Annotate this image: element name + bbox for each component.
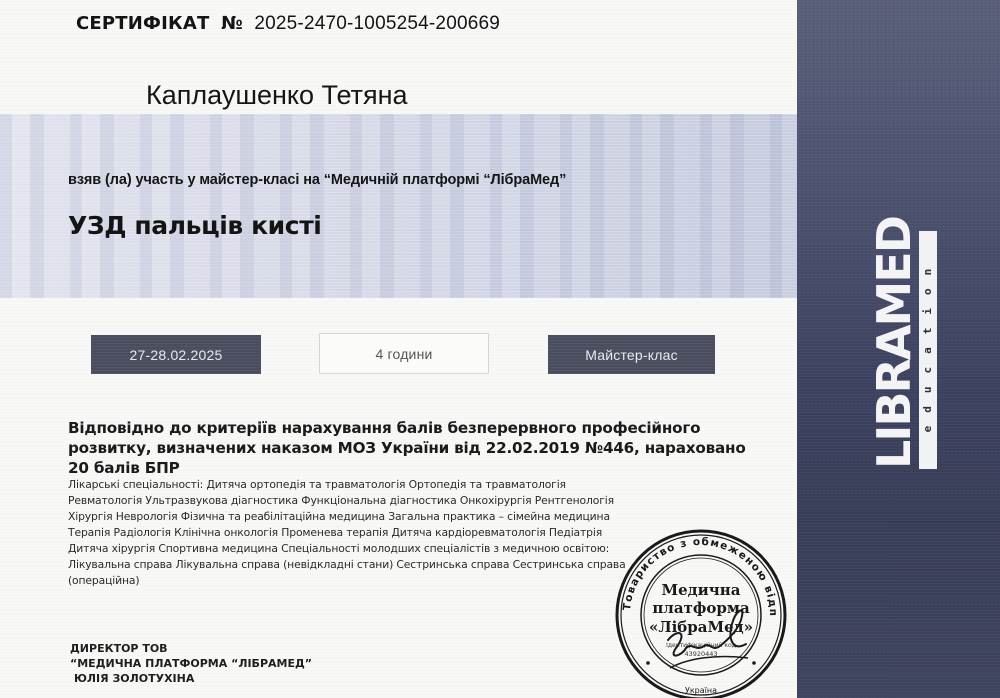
signatory-company: “МЕДИЧНА ПЛАТФОРМА “ЛІБРАМЕД” [70,656,312,671]
event-type: Майстер-клас [585,347,678,363]
type-box: Майстер-клас [548,335,715,374]
bpr-statement: Відповідно до критеріїв нарахування балі… [68,418,748,478]
certificate-number: 2025-2470-1005254-200669 [254,13,500,34]
number-sign: № [221,13,243,34]
brand-name: LIBRAMED [871,231,917,469]
recipient-name: Каплаушенко Тетяна [146,80,408,111]
decorative-band [0,114,797,298]
certificate-label: СЕРТИФІКАТ [76,13,210,34]
certificate-page: СЕРТИФІКАТ № 2025-2470-1005254-200669 Ка… [0,0,1000,698]
course-title: УЗД пальців кисті [68,211,321,240]
svg-text:Україна: Україна [685,686,717,695]
company-stamp-icon: Товариство з обмеженою відповідальністю … [608,520,794,698]
libramed-logo: LIBRAMED education [871,231,939,469]
event-date: 27-28.02.2025 [130,347,223,363]
certificate-body: СЕРТИФІКАТ № 2025-2470-1005254-200669 Ка… [0,0,797,698]
event-hours: 4 години [375,346,432,362]
specialties-list: Лікарські спеціальності: Дитяча ортопеді… [68,477,628,589]
signatory-name: ЮЛІЯ ЗОЛОТУХІНА [70,671,312,686]
signatory-block: ДИРЕКТОР ТОВ “МЕДИЧНА ПЛАТФОРМА “ЛІБРАМЕ… [70,641,312,686]
brand-tagline: education [919,231,937,469]
certificate-header: СЕРТИФІКАТ № 2025-2470-1005254-200669 [76,13,500,35]
signatory-title: ДИРЕКТОР ТОВ [70,641,312,656]
svg-text:Медична: Медична [662,581,741,599]
date-box: 27-28.02.2025 [91,335,261,374]
hours-box: 4 години [319,333,489,374]
brand-tagline-bar: education [919,231,937,469]
participation-text: взяв (ла) участь у майстер-класі на “Мед… [68,172,566,188]
